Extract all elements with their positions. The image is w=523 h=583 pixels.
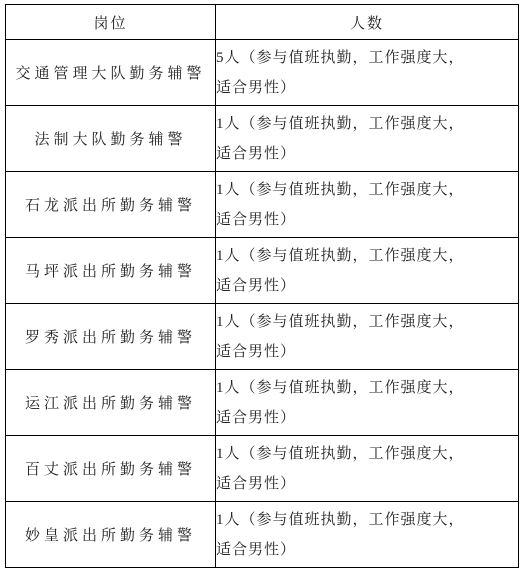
- table-row: 交通管理大队勤务辅警 5人（参与值班执勤，工作强度大， 适合男性）: [6, 40, 519, 106]
- table-row: 百丈派出所勤务辅警 1人（参与值班执勤，工作强度大， 适合男性）: [6, 436, 519, 502]
- count-cell: 1人（参与值班执勤，工作强度大， 适合男性）: [216, 370, 519, 436]
- count-cell: 5人（参与值班执勤，工作强度大， 适合男性）: [216, 40, 519, 106]
- document-page: 岗位 人数 交通管理大队勤务辅警 5人（参与值班执勤，工作强度大， 适合男性） …: [0, 0, 523, 583]
- count-cell: 1人（参与值班执勤，工作强度大， 适合男性）: [216, 106, 519, 172]
- count-cell: 1人（参与值班执勤，工作强度大， 适合男性）: [216, 502, 519, 568]
- count-cell: 1人（参与值班执勤，工作强度大， 适合男性）: [216, 304, 519, 370]
- header-position: 岗位: [6, 5, 216, 40]
- table-row: 运江派出所勤务辅警 1人（参与值班执勤，工作强度大， 适合男性）: [6, 370, 519, 436]
- table-row: 罗秀派出所勤务辅警 1人（参与值班执勤，工作强度大， 适合男性）: [6, 304, 519, 370]
- position-cell: 马坪派出所勤务辅警: [6, 238, 216, 304]
- table-row: 石龙派出所勤务辅警 1人（参与值班执勤，工作强度大， 适合男性）: [6, 172, 519, 238]
- position-cell: 百丈派出所勤务辅警: [6, 436, 216, 502]
- position-cell: 石龙派出所勤务辅警: [6, 172, 216, 238]
- header-count: 人数: [216, 5, 519, 40]
- position-cell: 罗秀派出所勤务辅警: [6, 304, 216, 370]
- position-cell: 运江派出所勤务辅警: [6, 370, 216, 436]
- table-row: 妙皇派出所勤务辅警 1人（参与值班执勤，工作强度大， 适合男性）: [6, 502, 519, 568]
- positions-table: 岗位 人数 交通管理大队勤务辅警 5人（参与值班执勤，工作强度大， 适合男性） …: [5, 4, 519, 568]
- count-cell: 1人（参与值班执勤，工作强度大， 适合男性）: [216, 172, 519, 238]
- count-cell: 1人（参与值班执勤，工作强度大， 适合男性）: [216, 436, 519, 502]
- position-cell: 妙皇派出所勤务辅警: [6, 502, 216, 568]
- table-header-row: 岗位 人数: [6, 5, 519, 40]
- table-row: 马坪派出所勤务辅警 1人（参与值班执勤，工作强度大， 适合男性）: [6, 238, 519, 304]
- count-cell: 1人（参与值班执勤，工作强度大， 适合男性）: [216, 238, 519, 304]
- table-row: 法制大队勤务辅警 1人（参与值班执勤，工作强度大， 适合男性）: [6, 106, 519, 172]
- position-cell: 交通管理大队勤务辅警: [6, 40, 216, 106]
- position-cell: 法制大队勤务辅警: [6, 106, 216, 172]
